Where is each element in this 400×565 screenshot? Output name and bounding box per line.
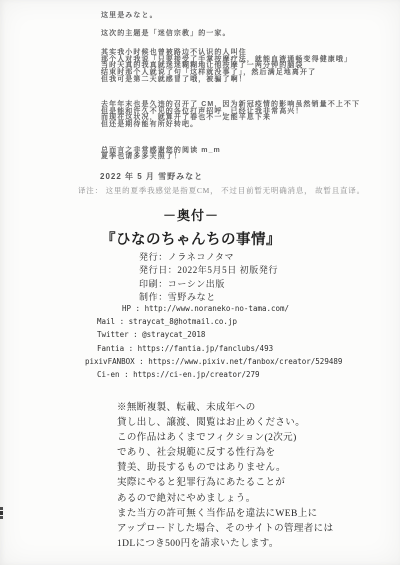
date-signature: 2022 年 5 月 雪野みなと: [100, 171, 203, 182]
disclaimer-line: あるので絶対にやめましょう。: [117, 492, 333, 507]
foreword-greeting: 这里是みなと。: [101, 13, 393, 20]
colophon-section-title: －奥付－: [40, 205, 342, 224]
publish-date-row: 発行日：2022年5月5日 初版発行: [139, 264, 278, 277]
foreword-paragraph-3: 总而言之非常感谢您的阅读 m_m 夏季也请多多关照了！: [101, 148, 393, 161]
colophon-header: －奥付－ 『ひなのちゃんちの事情』: [40, 205, 342, 249]
foreword-thanks-line: 夏季也请多多关照了！: [101, 154, 393, 161]
fantia-url: Fantia : https://fantia.jp/fanclubs/493: [85, 342, 342, 355]
foreword-paragraph-1: 其实我小时候也曾被路边不认识的人叫住 那个人对我说「只要接受了手掌按摩疗法，就能…: [101, 50, 393, 83]
book-title: 『ひなのちゃんちの事情』: [40, 228, 342, 249]
disclaimer-line: 実際にやると犯罪行為にあたることが: [117, 476, 333, 491]
disclaimer-line: 貸し出し、譲渡、閲覧はお止めください。: [117, 416, 333, 431]
contact-links: HP : http://www.noraneko-no-tama.com/ Ma…: [85, 302, 342, 381]
scan-edge-mark: [0, 507, 4, 521]
translator-note: 译注： 这里的夏季我感觉是指夏CM， 不过目前暂无明确消息， 故暂且直译。: [78, 185, 365, 196]
translator-foreword: 这里是みなと。 这次的主题是「迷信宗教」的一家。 其实我小时候也曾被路边不认识的…: [101, 13, 393, 161]
ci-en-url: Ci-en : https://ci-en.jp/creator/279: [85, 368, 342, 381]
foreword-theme: 这次的主题是「迷信宗教」的一家。: [101, 31, 393, 38]
mail-address: Mail : straycat_8@hotmail.co.jp: [85, 315, 342, 328]
foreword-line: 但还是期待能有所好转吧。: [101, 122, 393, 129]
colophon-page: 这里是みなと。 这次的主题是「迷信宗教」的一家。 其实我小时候也曾被路边不认识的…: [0, 0, 400, 565]
printer-row: 印刷：コーシン出版: [139, 278, 278, 291]
twitter-handle: Twitter : @straycat_2018: [85, 328, 342, 341]
disclaimer-line: であり、社会規範に反する性行為を: [117, 446, 333, 461]
homepage-url: HP : http://www.noraneko-no-tama.com/: [85, 302, 342, 315]
publisher-row: 発行：ノラネコノタマ: [139, 251, 278, 264]
disclaimer-line: 1DLにつき500円を請求いたします。: [117, 537, 333, 552]
foreword-line: 但我可是第二天就感冒了哦，被骗了啊！: [101, 77, 393, 84]
foreword-paragraph-2: 去年年末也是久违的召开了 CM，因为新冠疫情的影响虽然销量不上不下 但是能和许久…: [101, 102, 393, 128]
disclaimer-line: 賛美、助長するものではありません。: [117, 461, 333, 476]
disclaimer-line: アップロードした場合、そのサイトの管理者には: [117, 522, 333, 537]
disclaimer-line: この作品はあくまでフィクション(2次元): [117, 431, 333, 446]
disclaimer-block: ※無断複製、転載、未成年への 貸し出し、譲渡、閲覧はお止めください。 この作品は…: [117, 401, 333, 552]
disclaimer-line: ※無断複製、転載、未成年への: [117, 401, 333, 416]
publication-info: 発行：ノラネコノタマ 発行日：2022年5月5日 初版発行 印刷：コーシン出版 …: [139, 251, 278, 304]
pixiv-fanbox-url: pixivFANBOX : https://www.pixiv.net/fanb…: [85, 355, 342, 368]
disclaimer-line: また当方の許可無く当作品を違法にWEB上に: [117, 507, 333, 522]
